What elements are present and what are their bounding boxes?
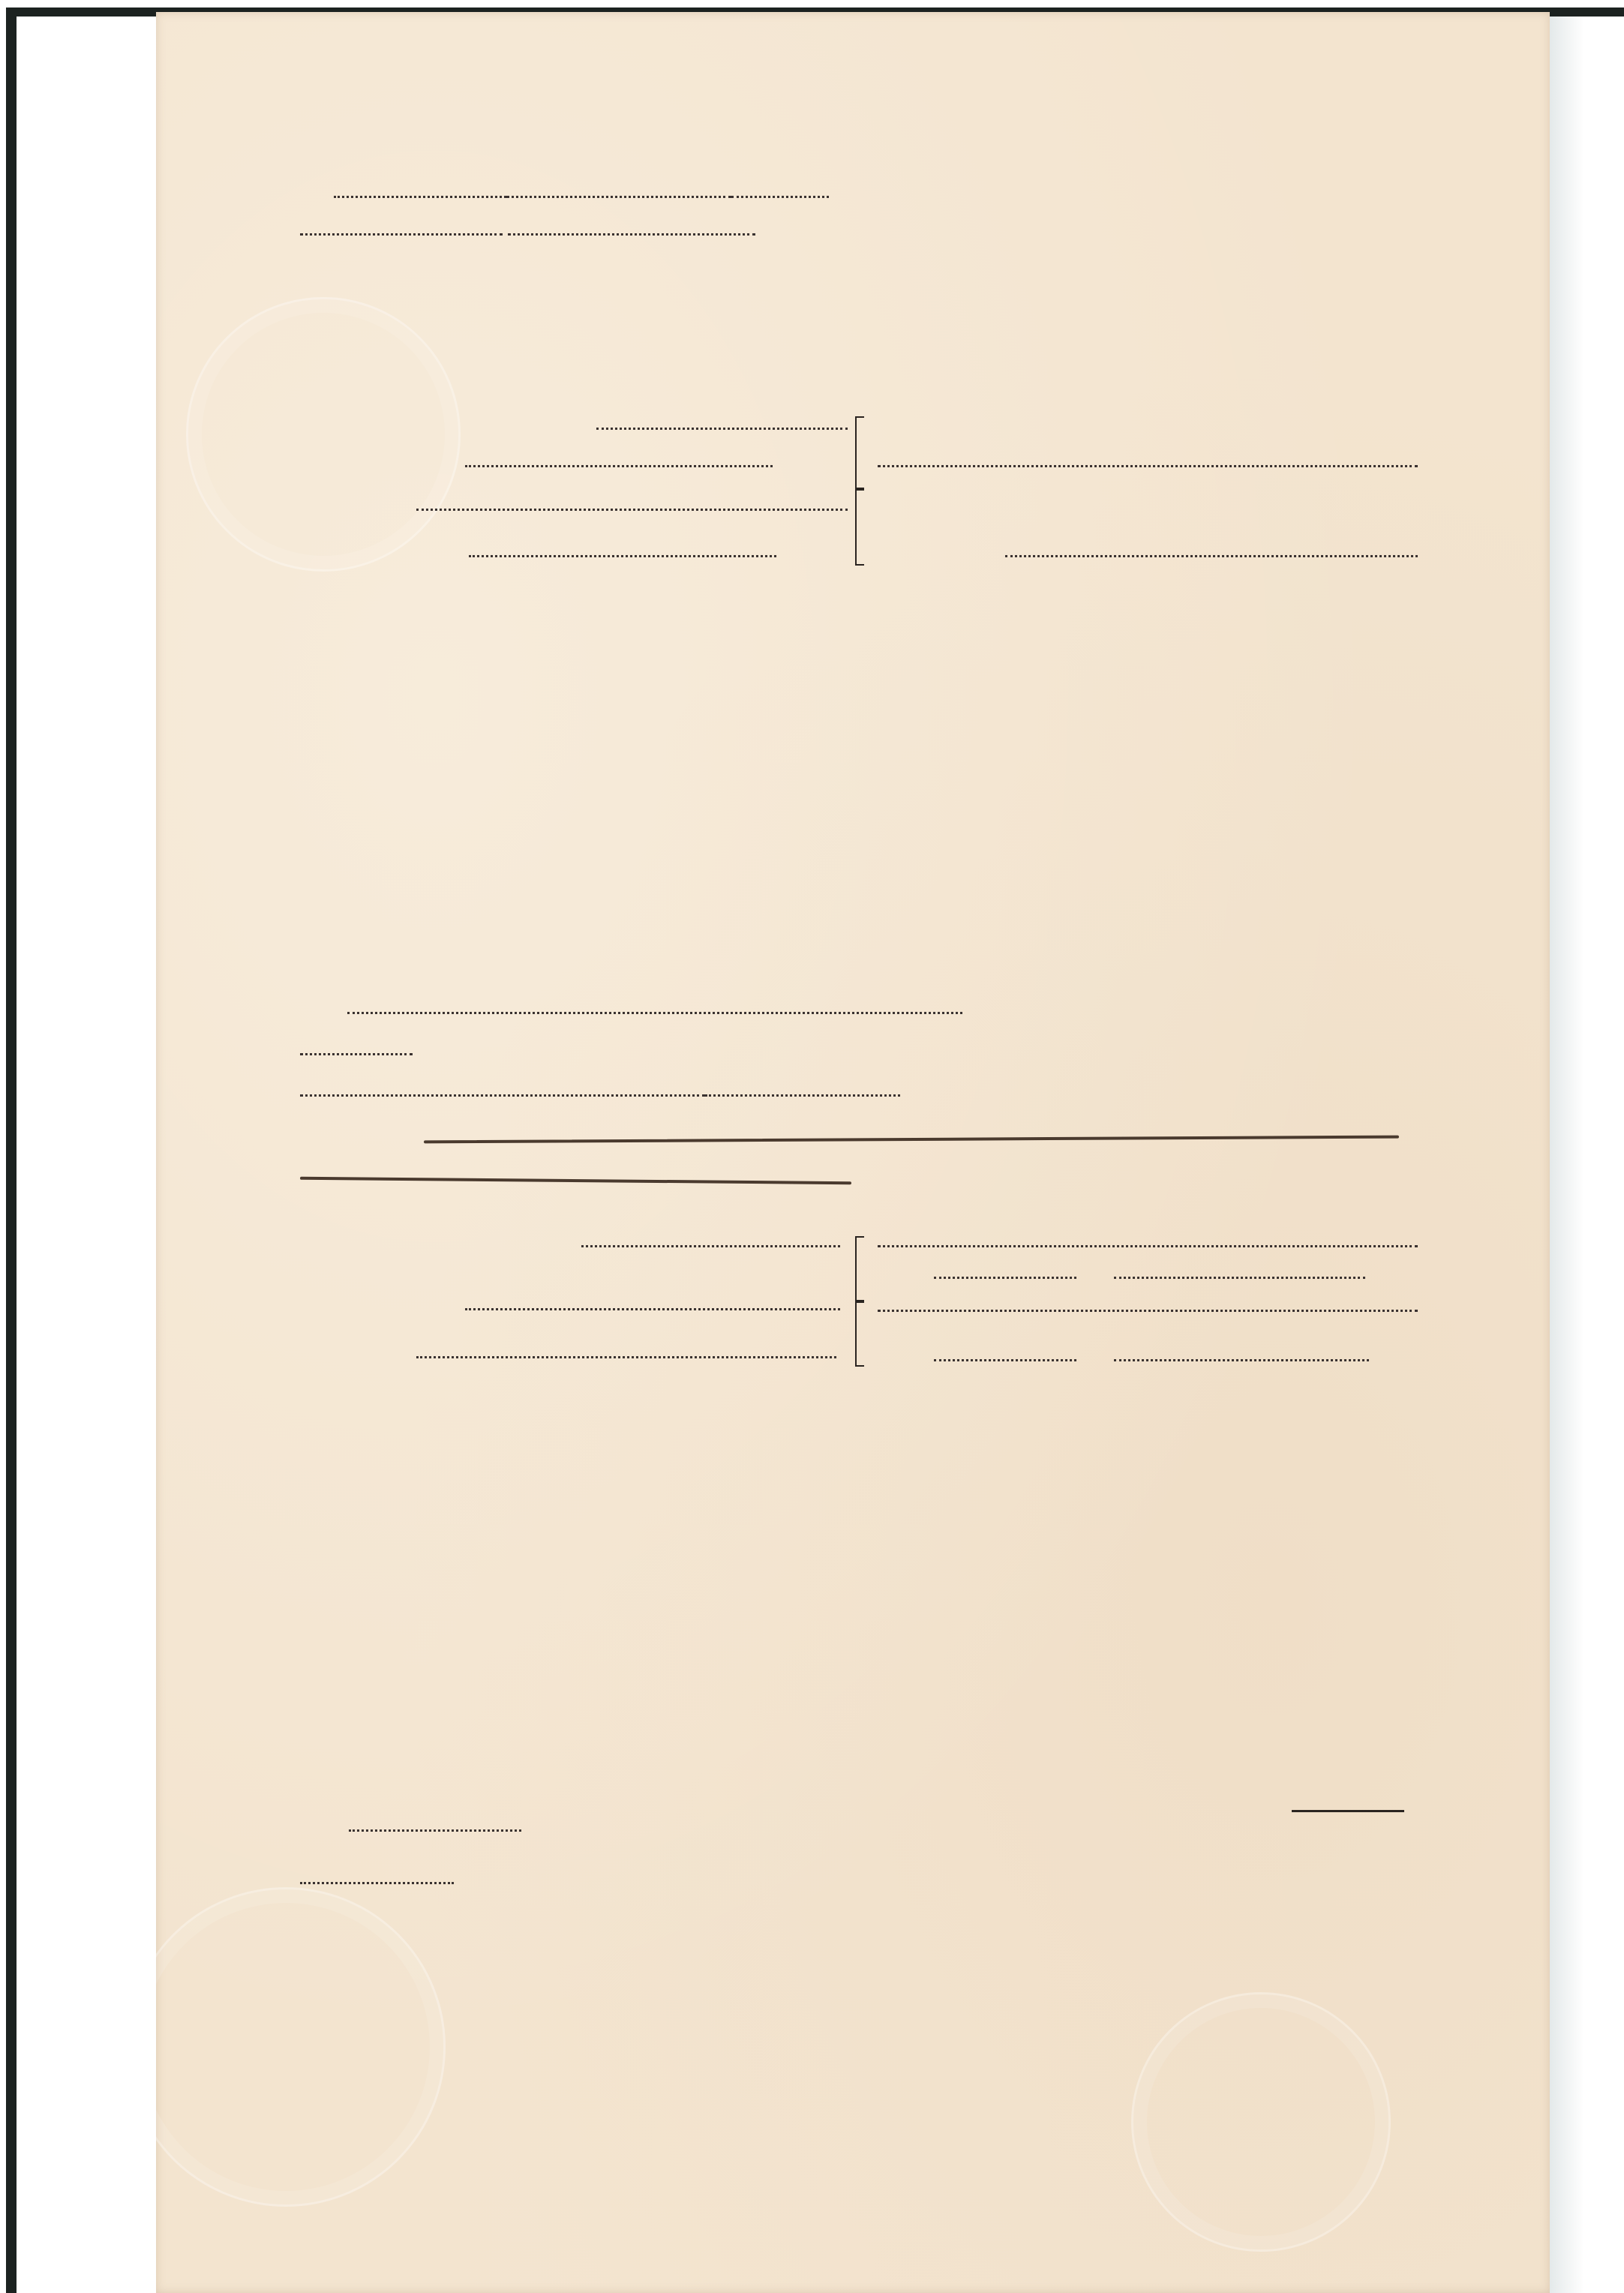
brace	[855, 1236, 864, 1303]
brace	[855, 416, 864, 491]
brace	[855, 1300, 864, 1367]
underline-mark	[1292, 1810, 1404, 1812]
scanner-margin-left	[17, 17, 156, 2293]
scanner-frame-left	[6, 8, 17, 2293]
embossed-seal-top	[186, 297, 461, 572]
document-page	[156, 12, 1550, 2293]
embossed-seal-bottom-right	[1131, 1992, 1391, 2252]
plastic-sleeve-edge	[1550, 17, 1584, 2293]
embossed-seal-bottom-left	[126, 1887, 446, 2207]
brace	[855, 488, 864, 566]
